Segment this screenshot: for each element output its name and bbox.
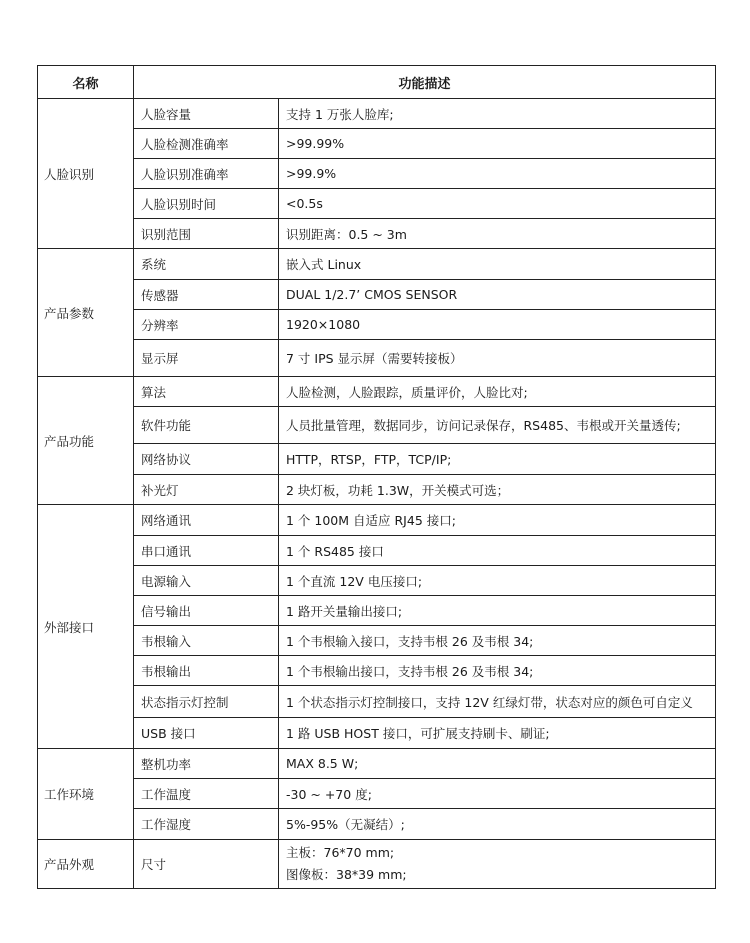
item-name-cell: 状态指示灯控制 xyxy=(134,686,279,718)
item-value-cell: <0.5s xyxy=(279,189,716,219)
group-name-cell: 人脸识别 xyxy=(38,99,134,249)
item-value-cell: 1920×1080 xyxy=(279,310,716,340)
item-value-cell: >99.99% xyxy=(279,129,716,159)
item-value-cell: 5%-95%（无凝结）; xyxy=(279,809,716,840)
item-name-cell: 韦根输出 xyxy=(134,656,279,686)
table-row: 工作环境整机功率MAX 8.5 W; xyxy=(38,749,716,779)
item-value-cell: 1 个状态指示灯控制接口，支持 12V 红绿灯带，状态对应的颜色可自定义 xyxy=(279,686,716,718)
item-name-cell: 网络通讯 xyxy=(134,505,279,536)
table-row: 人脸识别准确率>99.9% xyxy=(38,159,716,189)
header-name: 名称 xyxy=(38,66,134,99)
item-name-cell: 韦根输入 xyxy=(134,626,279,656)
table-row: 识别范围识别距离：0.5 ~ 3m xyxy=(38,219,716,249)
table-row: 状态指示灯控制1 个状态指示灯控制接口，支持 12V 红绿灯带，状态对应的颜色可… xyxy=(38,686,716,718)
item-value-cell: 2 块灯板，功耗 1.3W，开关模式可选； xyxy=(279,475,716,505)
item-value-cell: 主板：76*70 mm;图像板：38*39 mm; xyxy=(279,840,716,889)
table-row: 补光灯2 块灯板，功耗 1.3W，开关模式可选； xyxy=(38,475,716,505)
item-name-cell: 人脸识别准确率 xyxy=(134,159,279,189)
group-name-cell: 产品功能 xyxy=(38,377,134,505)
item-name-cell: 工作湿度 xyxy=(134,809,279,840)
item-value-cell: 嵌入式 Linux xyxy=(279,249,716,280)
item-name-cell: 传感器 xyxy=(134,280,279,310)
spec-body: 人脸识别人脸容量支持 1 万张人脸库;人脸检测准确率>99.99%人脸识别准确率… xyxy=(38,99,716,889)
item-name-cell: USB 接口 xyxy=(134,718,279,749)
item-name-cell: 串口通讯 xyxy=(134,536,279,566)
table-row: USB 接口1 路 USB HOST 接口，可扩展支持刷卡、刷证; xyxy=(38,718,716,749)
table-row: 韦根输出1 个韦根输出接口，支持韦根 26 及韦根 34; xyxy=(38,656,716,686)
item-value-cell: 人脸检测，人脸跟踪，质量评价，人脸比对; xyxy=(279,377,716,407)
table-row: 电源输入1 个直流 12V 电压接口; xyxy=(38,566,716,596)
item-value-cell: 人员批量管理，数据同步，访问记录保存，RS485、韦根或开关量透传; xyxy=(279,407,716,444)
header-description: 功能描述 xyxy=(134,66,716,99)
table-row: 工作湿度5%-95%（无凝结）; xyxy=(38,809,716,840)
item-value-cell: 1 个韦根输入接口，支持韦根 26 及韦根 34; xyxy=(279,626,716,656)
table-row: 外部接口网络通讯1 个 100M 自适应 RJ45 接口; xyxy=(38,505,716,536)
item-name-cell: 整机功率 xyxy=(134,749,279,779)
item-name-cell: 人脸容量 xyxy=(134,99,279,129)
table-row: 产品参数系统嵌入式 Linux xyxy=(38,249,716,280)
item-value-cell: >99.9% xyxy=(279,159,716,189)
item-name-cell: 尺寸 xyxy=(134,840,279,889)
item-value-cell: -30 ~ +70 度; xyxy=(279,779,716,809)
table-row: 工作温度-30 ~ +70 度; xyxy=(38,779,716,809)
item-name-cell: 电源输入 xyxy=(134,566,279,596)
item-name-cell: 算法 xyxy=(134,377,279,407)
group-name-cell: 产品外观 xyxy=(38,840,134,889)
item-value-cell: 1 路 USB HOST 接口，可扩展支持刷卡、刷证; xyxy=(279,718,716,749)
group-name-cell: 产品参数 xyxy=(38,249,134,377)
item-name-cell: 识别范围 xyxy=(134,219,279,249)
spec-table: 名称 功能描述 人脸识别人脸容量支持 1 万张人脸库;人脸检测准确率>99.99… xyxy=(37,65,716,889)
table-row: 人脸识别时间<0.5s xyxy=(38,189,716,219)
table-row: 网络协议HTTP，RTSP，FTP，TCP/IP; xyxy=(38,444,716,475)
item-name-cell: 人脸检测准确率 xyxy=(134,129,279,159)
table-row: 串口通讯1 个 RS485 接口 xyxy=(38,536,716,566)
table-row: 产品功能算法人脸检测，人脸跟踪，质量评价，人脸比对; xyxy=(38,377,716,407)
item-name-cell: 系统 xyxy=(134,249,279,280)
header-row: 名称 功能描述 xyxy=(38,66,716,99)
item-value-cell: DUAL 1/2.7’ CMOS SENSOR xyxy=(279,280,716,310)
table-row: 软件功能人员批量管理，数据同步，访问记录保存，RS485、韦根或开关量透传; xyxy=(38,407,716,444)
item-name-cell: 分辨率 xyxy=(134,310,279,340)
item-value-cell: 7 寸 IPS 显示屏（需要转接板） xyxy=(279,340,716,377)
item-name-cell: 工作温度 xyxy=(134,779,279,809)
item-value-cell: 识别距离：0.5 ~ 3m xyxy=(279,219,716,249)
item-value-cell: 1 个直流 12V 电压接口; xyxy=(279,566,716,596)
table-row: 人脸检测准确率>99.99% xyxy=(38,129,716,159)
item-value-cell: 1 个 RS485 接口 xyxy=(279,536,716,566)
item-value-cell: HTTP，RTSP，FTP，TCP/IP; xyxy=(279,444,716,475)
table-row: 信号输出1 路开关量输出接口; xyxy=(38,596,716,626)
item-name-cell: 信号输出 xyxy=(134,596,279,626)
item-name-cell: 补光灯 xyxy=(134,475,279,505)
group-name-cell: 外部接口 xyxy=(38,505,134,749)
table-row: 人脸识别人脸容量支持 1 万张人脸库; xyxy=(38,99,716,129)
group-name-cell: 工作环境 xyxy=(38,749,134,840)
item-value-cell: 1 个韦根输出接口，支持韦根 26 及韦根 34; xyxy=(279,656,716,686)
item-value-cell: 支持 1 万张人脸库; xyxy=(279,99,716,129)
item-value-cell: MAX 8.5 W; xyxy=(279,749,716,779)
item-name-cell: 人脸识别时间 xyxy=(134,189,279,219)
value-line: 主板：76*70 mm; xyxy=(286,842,715,864)
item-name-cell: 网络协议 xyxy=(134,444,279,475)
table-row: 产品外观尺寸主板：76*70 mm;图像板：38*39 mm; xyxy=(38,840,716,889)
table-row: 显示屏7 寸 IPS 显示屏（需要转接板） xyxy=(38,340,716,377)
item-name-cell: 软件功能 xyxy=(134,407,279,444)
item-name-cell: 显示屏 xyxy=(134,340,279,377)
value-line: 图像板：38*39 mm; xyxy=(286,864,715,886)
table-row: 传感器DUAL 1/2.7’ CMOS SENSOR xyxy=(38,280,716,310)
item-value-cell: 1 路开关量输出接口; xyxy=(279,596,716,626)
table-row: 韦根输入1 个韦根输入接口，支持韦根 26 及韦根 34; xyxy=(38,626,716,656)
item-value-cell: 1 个 100M 自适应 RJ45 接口; xyxy=(279,505,716,536)
table-row: 分辨率1920×1080 xyxy=(38,310,716,340)
